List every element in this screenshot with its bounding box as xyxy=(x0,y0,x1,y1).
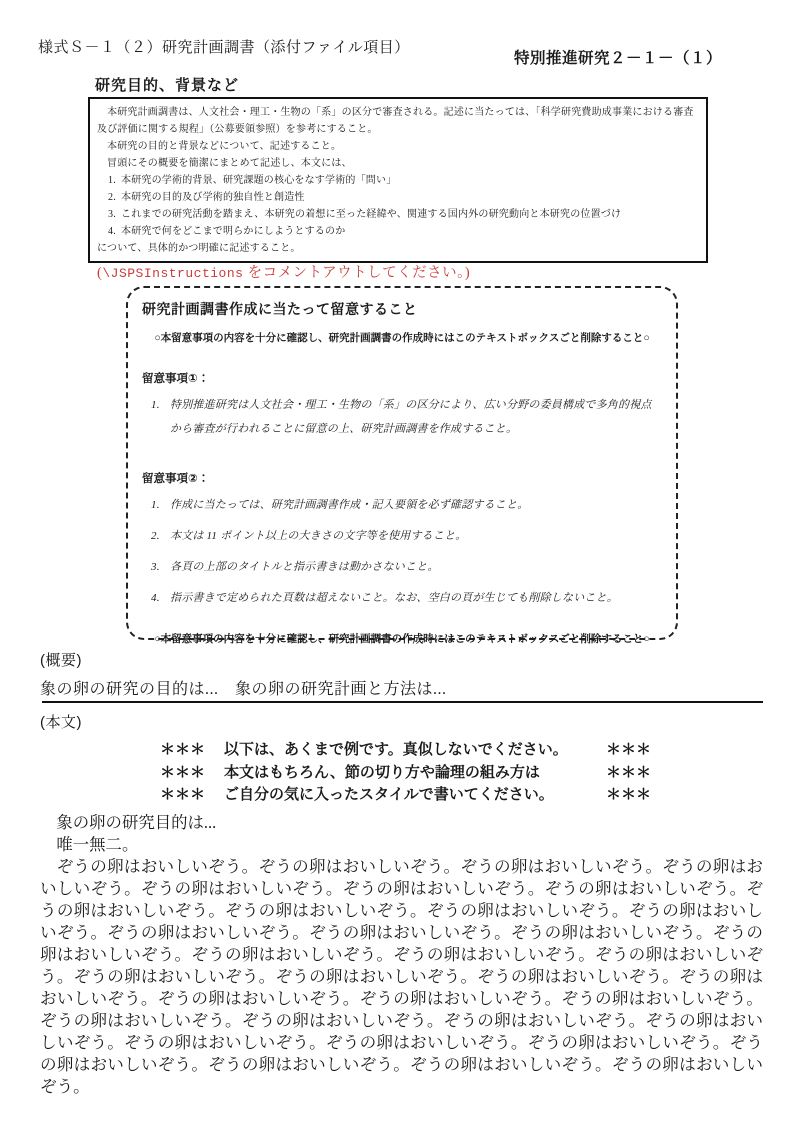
notice-list-item: 1. 特別推進研究は人文社会・理工・生物の「系」の区分により、広い分野の委員構成… xyxy=(142,393,662,441)
example-note-row: ＊＊＊ 本文はもちろん、節の切り方や論理の組み方は ＊＊＊ xyxy=(160,762,763,785)
item-text: 本研究の目的及び学術的独自性と創造性 xyxy=(121,189,699,206)
notice-box: 研究計画調書作成に当たって留意すること ○本留意事項の内容を十分に確認し、研究計… xyxy=(126,286,678,640)
notice-list-item: 2. 本文は 11 ポイント以上の大きさの文字等を使用すること。 xyxy=(142,524,662,548)
item-text: 特別推進研究は人文社会・理工・生物の「系」の区分により、広い分野の委員構成で多角… xyxy=(170,393,662,441)
item-number: 3. xyxy=(142,555,170,579)
item-text: 作成に当たっては、研究計画調書作成・記入要領を必ず確認すること。 xyxy=(170,493,662,517)
item-text: 本研究で何をどこまで明らかにしようとするのか xyxy=(121,223,699,240)
asterisks-right: ＊＊＊ xyxy=(606,784,651,807)
item-text: 本研究の学術的背景、研究課題の核心をなす学術的「問い」 xyxy=(121,172,699,189)
notice-list-item: 3. 各頁の上部のタイトルと指示書きは動かさないこと。 xyxy=(142,555,662,579)
instruction-paragraph-2: 本研究の目的と背景などについて、記述すること。 xyxy=(97,138,699,155)
note-text: ご自分の気に入ったスタイルで書いてください。 xyxy=(224,784,606,807)
summary-heading: (概要) xyxy=(40,649,763,670)
notice-section1-heading: 留意事項①： xyxy=(142,370,662,386)
item-text: 本文は 11 ポイント以上の大きさの文字等を使用すること。 xyxy=(170,524,662,548)
latex-command: \JSPSInstructions xyxy=(102,266,243,281)
item-number: 1. xyxy=(108,172,121,189)
item-number: 1. xyxy=(142,493,170,517)
body-paragraph: ぞうの卵はおいしいぞう。ぞうの卵はおいしいぞう。ぞうの卵はおいしいぞう。ぞうの卵… xyxy=(40,856,763,1098)
notice-box-title: 研究計画調書作成に当たって留意すること xyxy=(142,299,662,319)
summary-section: (概要) 象の卵の研究の目的は... 象の卵の研究計画と方法は... xyxy=(40,649,763,699)
item-number: 2. xyxy=(142,524,170,548)
body-line-1: 象の卵の研究目的は... xyxy=(40,812,763,834)
asterisks-left: ＊＊＊ xyxy=(160,784,210,807)
notice-list-item: 1. 作成に当たっては、研究計画調書作成・記入要領を必ず確認すること。 xyxy=(142,493,662,517)
asterisks-left: ＊＊＊ xyxy=(160,762,210,785)
note-text: 本文はもちろん、節の切り方や論理の組み方は xyxy=(224,762,606,785)
doc-type-label: 特別推進研究２－１－（１） xyxy=(514,46,722,68)
item-number: 3. xyxy=(108,206,121,223)
instruction-list-item: 1. 本研究の学術的背景、研究課題の核心をなす学術的「問い」 xyxy=(97,172,699,189)
instruction-list-item: 2. 本研究の目的及び学術的独自性と創造性 xyxy=(97,189,699,206)
item-number: 4. xyxy=(108,223,121,240)
section-title: 研究目的、背景など xyxy=(95,74,239,95)
body-line-2: 唯一無二。 xyxy=(40,834,763,856)
note-text: 以下は、あくまで例です。真似しないでください。 xyxy=(224,739,606,762)
asterisks-right: ＊＊＊ xyxy=(606,762,651,785)
asterisks-right: ＊＊＊ xyxy=(606,739,651,762)
instruction-closing: について、具体的かつ明確に記述すること。 xyxy=(97,240,699,257)
example-note-row: ＊＊＊ ご自分の気に入ったスタイルで書いてください。 ＊＊＊ xyxy=(160,784,763,807)
section-divider xyxy=(42,701,763,703)
notice-section2-heading: 留意事項②： xyxy=(142,470,662,486)
instruction-paragraph-3: 冒頭にその概要を簡潔にまとめて記述し、本文には、 xyxy=(97,155,699,172)
asterisks-left: ＊＊＊ xyxy=(160,739,210,762)
notice-banner-top: ○本留意事項の内容を十分に確認し、研究計画調書の作成時にはこのテキストボックスご… xyxy=(142,330,662,345)
item-number: 4. xyxy=(142,586,170,610)
note-text: をコメントアウトしてください。) xyxy=(243,265,470,281)
notice-list-item: 4. 指示書きで定められた頁数は超えないこと。なお、空白の頁が生じても削除しない… xyxy=(142,586,662,610)
item-number: 2. xyxy=(108,189,121,206)
notice-banner-bottom: ○本留意事項の内容を十分に確認し、研究計画調書の作成時にはこのテキストボックスご… xyxy=(142,631,662,646)
form-label: 様式Ｓ－１（２）研究計画調書（添付ファイル項目） xyxy=(38,36,410,57)
instruction-box: 本研究計画調書は、人文社会・理工・生物の「系」の区分で審査される。記述に当たって… xyxy=(88,97,708,263)
latex-comment-note: (\JSPSInstructions をコメントアウトしてください。) xyxy=(97,261,470,282)
document-page: 様式Ｓ－１（２）研究計画調書（添付ファイル項目） 特別推進研究２－１－（１） 研… xyxy=(0,0,794,1123)
main-heading: (本文) xyxy=(40,711,763,732)
instruction-list-item: 4. 本研究で何をどこまで明らかにしようとするのか xyxy=(97,223,699,240)
item-text: 指示書きで定められた頁数は超えないこと。なお、空白の頁が生じても削除しないこと。 xyxy=(170,586,662,610)
instruction-list-item: 3. これまでの研究活動を踏まえ、本研究の着想に至った経緯や、関連する国内外の研… xyxy=(97,206,699,223)
summary-text: 象の卵の研究の目的は... 象の卵の研究計画と方法は... xyxy=(40,676,763,699)
instruction-paragraph-1: 本研究計画調書は、人文社会・理工・生物の「系」の区分で審査される。記述に当たって… xyxy=(97,104,699,138)
main-text-section: (本文) ＊＊＊ 以下は、あくまで例です。真似しないでください。 ＊＊＊ ＊＊＊… xyxy=(40,711,763,1098)
item-number: 1. xyxy=(142,393,170,441)
example-notes: ＊＊＊ 以下は、あくまで例です。真似しないでください。 ＊＊＊ ＊＊＊ 本文はも… xyxy=(160,739,763,807)
item-text: これまでの研究活動を踏まえ、本研究の着想に至った経緯や、関連する国内外の研究動向… xyxy=(121,206,699,223)
example-note-row: ＊＊＊ 以下は、あくまで例です。真似しないでください。 ＊＊＊ xyxy=(160,739,763,762)
item-text: 各頁の上部のタイトルと指示書きは動かさないこと。 xyxy=(170,555,662,579)
